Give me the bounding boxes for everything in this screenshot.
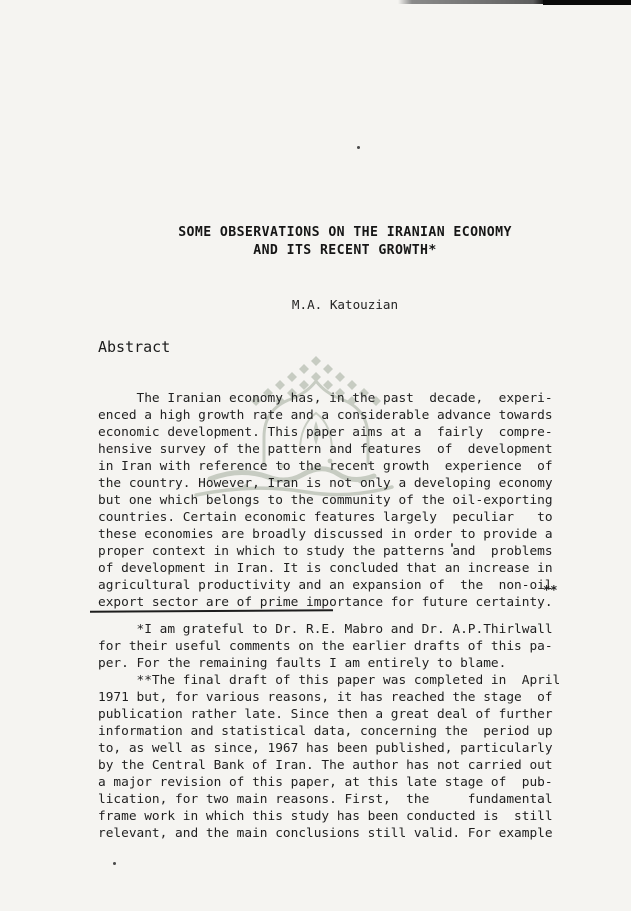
abstract-text-line: proper context in which to study the pat… xyxy=(98,543,568,560)
abstract-text-line: The Iranian economy has, in the past dec… xyxy=(98,390,568,407)
abstract-text-line: these economies are broadly discussed in… xyxy=(98,526,568,543)
abstract-text-line: hensive survey of the pattern and featur… xyxy=(98,441,568,458)
footnote-text-line: lication, for two main reasons. First, t… xyxy=(98,791,568,808)
footnote-text-line: a major revision of this paper, at this … xyxy=(98,774,568,791)
footnote-text-line: **The final draft of this paper was comp… xyxy=(98,672,568,689)
scan-edge-artifact-corner xyxy=(543,0,631,5)
abstract-text-line: export sector are of prime importance fo… xyxy=(98,594,568,611)
abstract-text-line: countries. Certain economic features lar… xyxy=(98,509,568,526)
abstract-paragraph: The Iranian economy has, in the past dec… xyxy=(98,390,568,611)
abstract-text-line: agricultural productivity and an expansi… xyxy=(98,577,568,594)
footnote-separator-rule xyxy=(90,609,333,612)
footnote-text-line: information and statistical data, concer… xyxy=(98,723,568,740)
abstract-text-line: enced a high growth rate and a considera… xyxy=(98,407,568,424)
scan-speck xyxy=(113,862,116,865)
abstract-text-line: the country. However, Iran is not only a… xyxy=(98,475,568,492)
footnotes-block: *I am grateful to Dr. R.E. Mabro and Dr.… xyxy=(98,621,568,842)
abstract-text-line: in Iran with reference to the recent gro… xyxy=(98,458,568,475)
abstract-text-line: but one which belongs to the community o… xyxy=(98,492,568,509)
scanned-paper-page: { "page": { "title_line1": "SOME OBSERVA… xyxy=(0,0,631,911)
footnote-marker-superscript: ** xyxy=(543,583,557,597)
page-title-line-1: SOME OBSERVATIONS ON THE IRANIAN ECONOMY xyxy=(98,224,592,242)
page-title-line-2: AND ITS RECENT GROWTH* xyxy=(98,242,592,260)
author-name: M.A. Katouzian xyxy=(98,296,592,313)
footnote-text-line: for their useful comments on the earlier… xyxy=(98,638,568,655)
section-heading-abstract: Abstract xyxy=(98,338,170,357)
footnote-text-line: per. For the remaining faults I am entir… xyxy=(98,655,568,672)
footnote-text-line: by the Central Bank of Iran. The author … xyxy=(98,757,568,774)
footnote-text-line: 1971 but, for various reasons, it has re… xyxy=(98,689,568,706)
scan-speck xyxy=(357,146,360,149)
footnote-text-line: to, as well as since, 1967 has been publ… xyxy=(98,740,568,757)
footnote-text-line: frame work in which this study has been … xyxy=(98,808,568,825)
footnote-text-line: relevant, and the main conclusions still… xyxy=(98,825,568,842)
abstract-text-line: economic development. This paper aims at… xyxy=(98,424,568,441)
footnote-text-line: *I am grateful to Dr. R.E. Mabro and Dr.… xyxy=(98,621,568,638)
abstract-text-line: of development in Iran. It is concluded … xyxy=(98,560,568,577)
footnote-text-line: publication rather late. Since then a gr… xyxy=(98,706,568,723)
